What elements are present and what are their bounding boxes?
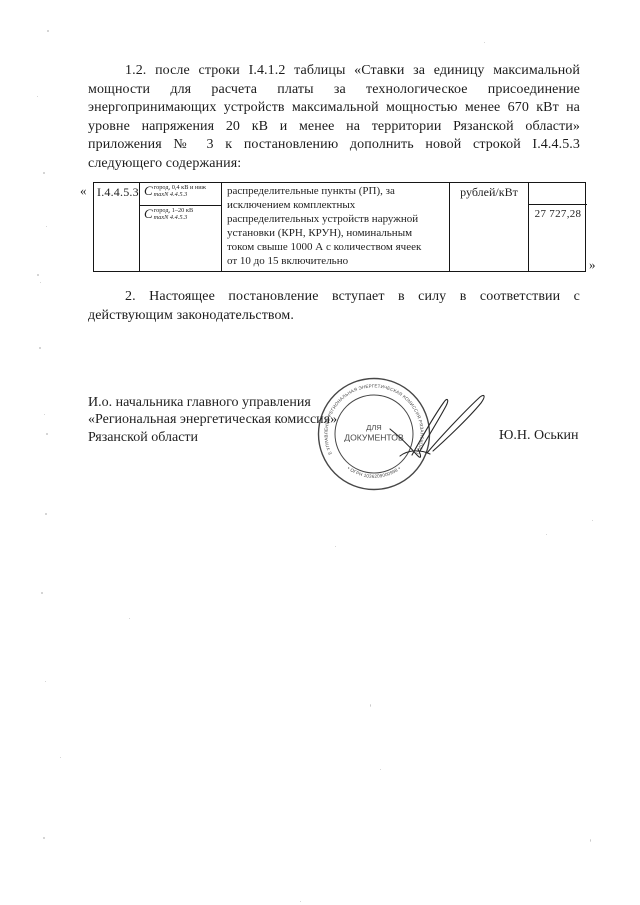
scan-speck	[40, 282, 41, 283]
scan-speck	[590, 839, 591, 842]
formula-base: C	[144, 208, 153, 220]
signature-stroke	[412, 399, 448, 455]
scan-speck	[45, 513, 47, 515]
paragraph-amendment-1-2: 1.2. после строки I.4.1.2 таблицы «Ставк…	[88, 62, 580, 174]
table-cell-formulas: C город, 0,4 кВ и ниж maxN 4.4.5.3 C гор…	[139, 183, 221, 271]
scan-speck	[44, 414, 45, 415]
table-cell-value-column: 27 727,28	[528, 183, 587, 271]
formula-1-20kv: C город, 1–20 кВ maxN 4.4.5.3	[140, 206, 221, 271]
formula-subscript: maxN 4.4.5.3	[154, 215, 193, 222]
formula-04kv: C город, 0,4 кВ и ниж maxN 4.4.5.3	[140, 183, 221, 206]
scan-speck	[45, 681, 46, 682]
scan-speck	[43, 172, 45, 174]
signatory-title-line3: Рязанской области	[88, 429, 337, 446]
scan-speck	[47, 30, 49, 32]
formula-subscript: maxN 4.4.5.3	[154, 192, 206, 199]
tariff-table: I.4.4.5.3 C город, 0,4 кВ и ниж maxN 4.4…	[93, 182, 586, 272]
table-cell-value: 27 727,28	[529, 205, 587, 271]
scan-speck	[46, 433, 48, 435]
scan-speck	[546, 534, 547, 535]
table-cell-value-empty	[529, 183, 587, 205]
scan-speck	[41, 592, 43, 594]
table-close-quote: »	[589, 257, 596, 273]
paragraph-entry-into-force: 2. Настоящее постановление вступает в си…	[88, 288, 580, 325]
table-cell-unit: рублей/кВт	[449, 183, 528, 271]
scan-speck	[39, 347, 41, 349]
scan-speck	[484, 42, 485, 43]
scan-speck	[370, 704, 371, 707]
signatory-title-line1: И.о. начальника главного управления	[88, 394, 337, 411]
signatory-name: Ю.Н. Оськин	[499, 428, 579, 444]
formula-scripts: город, 0,4 кВ и ниж maxN 4.4.5.3	[154, 185, 206, 199]
signatory-title: И.о. начальника главного управления «Рег…	[88, 394, 337, 446]
table-open-quote: «	[80, 183, 87, 199]
scan-speck	[43, 837, 45, 839]
scan-speck	[300, 901, 301, 902]
table-cell-description: распределительные пункты (РП), за исключ…	[221, 183, 449, 271]
scan-speck	[37, 274, 39, 276]
table-cell-row-code: I.4.4.5.3	[94, 183, 139, 271]
document-page: 1.2. после строки I.4.1.2 таблицы «Ставк…	[0, 0, 640, 905]
scan-speck	[129, 618, 130, 619]
formula-base: C	[144, 185, 153, 197]
signatory-title-line2: «Региональная энергетическая комиссия»	[88, 411, 337, 428]
handwritten-signature	[378, 363, 508, 475]
scan-speck	[37, 96, 38, 97]
scan-speck	[592, 520, 593, 521]
scan-speck	[335, 546, 336, 547]
scan-speck	[380, 769, 381, 770]
formula-scripts: город, 1–20 кВ maxN 4.4.5.3	[154, 208, 193, 222]
scan-speck	[46, 226, 47, 227]
scan-speck	[140, 86, 141, 87]
scan-speck	[60, 757, 61, 758]
